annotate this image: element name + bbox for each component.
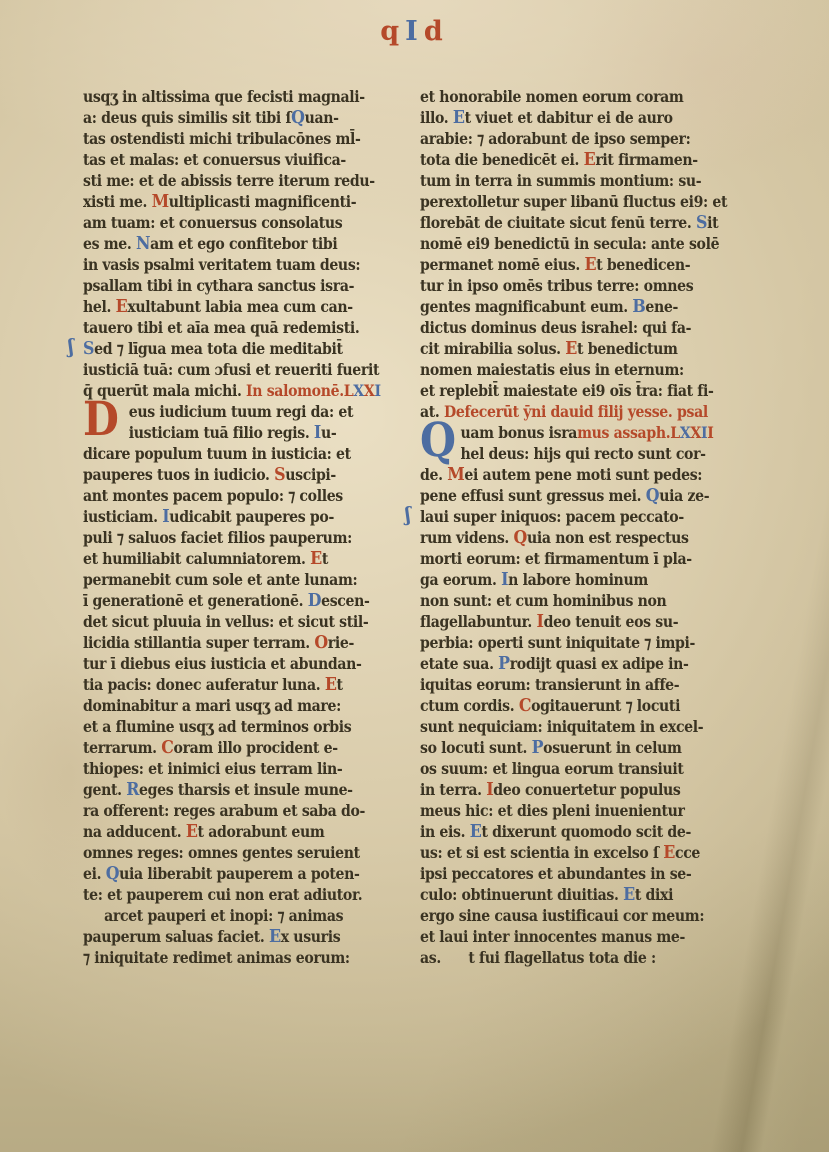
body-text: u-	[321, 423, 336, 442]
text-line: ī generationē et generationē. Descen-	[83, 590, 366, 611]
text-line: omnes reges: omnes gentes seruient	[83, 842, 366, 863]
body-text: a: deus quis similis sit tibi ſ	[83, 108, 291, 127]
body-text: os suum: et lingua eorum transiuit	[420, 759, 684, 778]
body-text: gentes magnificabunt eum.	[420, 297, 632, 316]
body-text: iquitas eorum: transierunt in affe-	[420, 675, 679, 694]
body-text: X	[680, 423, 691, 442]
lombard-initial: S	[83, 338, 94, 359]
body-text: meus hic: et dies pleni inuenientur	[420, 801, 685, 820]
running-header-char: d	[424, 16, 449, 47]
body-text: uan-	[305, 108, 339, 127]
body-text: flagellabuntur.	[420, 612, 537, 631]
body-text: et honorabile nomen eorum coram	[420, 87, 683, 106]
text-line: arabie: ⁊ adorabunt de ipso semper:	[420, 128, 710, 149]
body-text: de.	[420, 465, 447, 484]
body-text: gent.	[83, 780, 126, 799]
text-line: ctum cordis. Cogitauerunt ⁊ locuti	[420, 695, 710, 716]
body-text: licidia stillantia super terram.	[83, 633, 314, 652]
lombard-initial: P	[532, 737, 544, 758]
lombard-initial: E	[565, 338, 577, 359]
text-line: et a flumine usqʒ ad terminos orbis	[83, 716, 366, 737]
body-text: non sunt: et cum hominibus non	[420, 591, 666, 610]
body-text: pauperum saluas faciet.	[83, 927, 269, 946]
rubric-text: mus assaph.	[577, 423, 670, 442]
text-line: tia pacis: donec auferatur luna. Et	[83, 674, 366, 695]
text-line: Quam bonus isramus assaph.LXXII	[420, 422, 710, 443]
body-text: ī generationē et generationē.	[83, 591, 308, 610]
text-line: pene effusi sunt gressus mei. Quia ze-	[420, 485, 710, 506]
body-text: usqʒ in altissima que fecisti magnali-	[83, 87, 365, 106]
body-text: uia non est respectus	[527, 528, 689, 547]
lombard-initial: P	[498, 653, 510, 674]
text-line: hel deus: hijs qui recto sunt cor-	[420, 443, 710, 464]
running-header-char: I	[405, 16, 424, 47]
body-text: ⁊ iniquitate redimet animas eorum:	[83, 948, 350, 967]
lombard-initial: I	[162, 506, 169, 527]
body-text: udicabit pauperes po-	[169, 507, 334, 526]
text-line: et honorabile nomen eorum coram	[420, 86, 710, 107]
text-line: usqʒ in altissima que fecisti magnali-	[83, 86, 366, 107]
lombard-initial: Q	[106, 863, 119, 884]
lombard-initial: E	[453, 107, 465, 128]
body-text: rodijt quasi ex adipe in-	[510, 654, 689, 673]
text-line: tur ī diebus eius iusticia et abundan-	[83, 653, 366, 674]
text-line: perextolletur super libanū fluctus ei9: …	[420, 191, 710, 212]
text-line: florebāt de ciuitate sicut fenū terre. S…	[420, 212, 710, 233]
text-line: thiopes: et inimici eius terram lin-	[83, 758, 366, 779]
body-text: tum in terra in summis montium: su-	[420, 171, 701, 190]
margin-flourish: ʃ	[68, 336, 73, 357]
text-line: tum in terra in summis montium: su-	[420, 170, 710, 191]
body-text: cit mirabilia solus.	[420, 339, 565, 358]
text-line: xisti me. Multiplicasti magnificenti-	[83, 191, 366, 212]
body-text: n labore hominum	[508, 570, 648, 589]
text-line: rum videns. Quia non est respectus	[420, 527, 710, 548]
text-line: gentes magnificabunt eum. Bene-	[420, 296, 710, 317]
body-text: so locuti sunt.	[420, 738, 532, 757]
body-text: perextolletur super libanū fluctus ei9: …	[420, 192, 727, 211]
text-line: laui super iniquos: pacem peccato-ʃ	[420, 506, 710, 527]
body-text: rit firmamen-	[595, 150, 697, 169]
body-text: us: et si est scientia in excelso ſ	[420, 843, 663, 862]
lombard-initial: E	[310, 548, 322, 569]
text-line: meus hic: et dies pleni inuenientur	[420, 800, 710, 821]
body-text: perbia: operti sunt iniquitate ⁊ impi-	[420, 633, 695, 652]
body-text: ei autem pene moti sunt pedes:	[464, 465, 702, 484]
body-text: t	[337, 675, 343, 694]
lombard-initial: M	[447, 464, 464, 485]
body-text: morti eorum: et firmamentum ī pla-	[420, 549, 692, 568]
body-text: tauero tibi et aīa mea quā redemisti.	[83, 318, 359, 337]
text-line: nomē ei9 benedictū in secula: ante solē	[420, 233, 710, 254]
text-line: at. Defecerūt ȳni dauid filij yesse. psa…	[420, 401, 710, 422]
body-text: ergo sine causa iustificaui cor meum:	[420, 906, 704, 925]
lombard-initial: S	[696, 212, 707, 233]
text-line: tota die benedicēt ei. Erit firmamen-	[420, 149, 710, 170]
body-text: na adducent.	[83, 822, 186, 841]
text-line: de. Mei autem pene moti sunt pedes:	[420, 464, 710, 485]
lombard-initial: D	[308, 590, 321, 611]
text-column-right: et honorabile nomen eorum coramillo. Et …	[420, 86, 750, 968]
body-text: as.	[420, 948, 445, 967]
body-text: t dixerunt quomodo scit de-	[481, 822, 691, 841]
text-line: ⁊ iniquitate redimet animas eorum:	[83, 947, 366, 968]
text-line: etate sua. Prodijt quasi ex adipe in-	[420, 653, 710, 674]
text-line: dominabitur a mari usqʒ ad mare:	[83, 695, 366, 716]
body-text: permanebit cum sole et ante lunam:	[83, 570, 357, 589]
body-text: tur ī diebus eius iusticia et abundan-	[83, 654, 362, 673]
body-text: tas ostendisti michi tribulacōnes ml̄-	[83, 129, 361, 148]
text-line: ei. Quia liberabit pauperem a poten-	[83, 863, 366, 884]
body-text: I	[707, 423, 713, 442]
running-header-char: q	[380, 16, 405, 47]
body-text: tas et malas: et conuersus viuifica-	[83, 150, 346, 169]
text-line: iusticiam tuā filio regis. Iu-	[83, 422, 366, 443]
text-line: sti me: et de abissis terre iterum redu-	[83, 170, 366, 191]
text-line: morti eorum: et firmamentum ī pla-	[420, 548, 710, 569]
body-text: t benedictum	[577, 339, 678, 358]
body-text: arcet pauperi et inopi: ⁊ animas	[104, 906, 343, 925]
text-line: perbia: operti sunt iniquitate ⁊ impi-	[420, 632, 710, 653]
text-line: illo. Et viuet et dabitur ei de auro	[420, 107, 710, 128]
text-line: licidia stillantia super terram. Orie-	[83, 632, 366, 653]
lombard-initial: O	[314, 632, 327, 653]
text-line: et laui inter innocentes manus me-	[420, 926, 710, 947]
body-text: uam bonus isra	[460, 423, 577, 442]
body-text: xultabunt labia mea cum can-	[127, 297, 352, 316]
text-line: puli ⁊ saluos faciet filios pauperum:	[83, 527, 366, 548]
body-text: in eis.	[420, 822, 470, 841]
body-text: puli ⁊ saluos faciet filios pauperum:	[83, 528, 352, 547]
text-line: in terra. Ideo conuertetur populus	[420, 779, 710, 800]
text-line: Sed ⁊ līgua mea tota die meditabit̄ʃ	[83, 338, 366, 359]
body-text: et replebit̄ maiestate ei9 oīs t̄ra: fia…	[420, 381, 714, 400]
body-text: etate sua.	[420, 654, 498, 673]
lombard-initial: C	[161, 737, 173, 758]
running-header: qId	[0, 16, 829, 47]
text-line: ant montes pacem populo: ⁊ colles	[83, 485, 366, 506]
body-text: ra offerent: reges arabum et saba do-	[83, 801, 365, 820]
body-text: et a flumine usqʒ ad terminos orbis	[83, 717, 351, 736]
text-line: hel. Exultabunt labia mea cum can-	[83, 296, 366, 317]
lombard-initial: E	[269, 926, 281, 947]
text-line: es me. Nam et ego confitebor tibi	[83, 233, 366, 254]
body-text: t adorabunt eum	[198, 822, 325, 841]
body-text: dominabitur a mari usqʒ ad mare:	[83, 696, 341, 715]
body-text: in vasis psalmi veritatem tuam deus:	[83, 255, 360, 274]
body-text: am et ego confitebor tibi	[150, 234, 337, 253]
text-line: permanet nomē eius. Et benedicen-	[420, 254, 710, 275]
lombard-initial: B	[632, 296, 645, 317]
lombard-initial: N	[136, 233, 150, 254]
lombard-initial: E	[470, 821, 482, 842]
text-line: et humiliabit calumniatorem. Et	[83, 548, 366, 569]
text-line: psallam tibi in cythara sanctus isra-	[83, 275, 366, 296]
lombard-initial: E	[584, 254, 596, 275]
body-text: ene-	[645, 297, 678, 316]
body-text: culo: obtinuerunt diuitias.	[420, 885, 623, 904]
body-text: thiopes: et inimici eius terram lin-	[83, 759, 342, 778]
lombard-initial: E	[663, 842, 675, 863]
body-text: ei.	[83, 864, 106, 883]
body-text: ant montes pacem populo: ⁊ colles	[83, 486, 343, 505]
body-text: tota die benedicēt ei.	[420, 150, 584, 169]
body-text: permanet nomē eius.	[420, 255, 584, 274]
body-text: ipsi peccatores et abundantes in se-	[420, 864, 691, 883]
text-line: culo: obtinuerunt diuitias. Et dixi	[420, 884, 710, 905]
text-line: pauperum saluas faciet. Ex usuris	[83, 926, 366, 947]
body-text: I	[374, 381, 380, 400]
body-text: dicare populum tuum in iusticia: et	[83, 444, 351, 463]
body-text: escen-	[321, 591, 369, 610]
body-text: sunt nequiciam: iniquitatem in excel-	[420, 717, 703, 736]
text-line: te: et pauperem cui non erat adiutor.	[83, 884, 366, 905]
body-text: nomē ei9 benedictū in secula: ante solē	[420, 234, 719, 253]
body-text: L	[670, 423, 680, 442]
text-line: iusticiam. Iudicabit pauperes po-	[83, 506, 366, 527]
body-text: florebāt de ciuitate sicut fenū terre.	[420, 213, 696, 232]
rubric-text: Defecerūt ȳni dauid filij yesse. psal	[444, 402, 708, 421]
lombard-initial: S	[274, 464, 285, 485]
body-text: eges tharsis et insule mune-	[139, 780, 353, 799]
text-line: arcet pauperi et inopi: ⁊ animas	[83, 905, 366, 926]
body-text: det sicut pluuia in vellus: et sicut sti…	[83, 612, 368, 631]
lombard-initial: C	[519, 695, 531, 716]
body-text: pauperes tuos in iudicio.	[83, 465, 274, 484]
body-text: t benedicen-	[596, 255, 690, 274]
text-line: et replebit̄ maiestate ei9 oīs t̄ra: fia…	[420, 380, 710, 401]
body-text: te: et pauperem cui non erat adiutor.	[83, 885, 362, 904]
body-text: arabie: ⁊ adorabunt de ipso semper:	[420, 129, 690, 148]
body-text: hel deus: hijs qui recto sunt cor-	[460, 444, 705, 463]
body-text: ga eorum.	[420, 570, 501, 589]
body-text: et laui inter innocentes manus me-	[420, 927, 685, 946]
body-text: tia pacis: donec auferatur luna.	[83, 675, 325, 694]
text-line: as. t fui flagellatus tota die :	[420, 947, 710, 968]
text-line: det sicut pluuia in vellus: et sicut sti…	[83, 611, 366, 632]
text-line: dictus dominus deus israhel: qui fa-	[420, 317, 710, 338]
text-line: a: deus quis similis sit tibi ſQuan-	[83, 107, 366, 128]
body-text: L	[344, 381, 354, 400]
text-line: Deus iudicium tuum regi da: et	[83, 401, 366, 422]
text-line: q̄ querūt mala michi. In salomonē.LXXI	[83, 380, 366, 401]
margin-flourish: ʃ	[405, 504, 410, 525]
body-text: t	[322, 549, 328, 568]
lombard-initial: Q	[514, 527, 527, 548]
body-text: x usuris	[281, 927, 341, 946]
text-line: ipsi peccatores et abundantes in se-	[420, 863, 710, 884]
body-text: in terra.	[420, 780, 486, 799]
text-line: na adducent. Et adorabunt eum	[83, 821, 366, 842]
body-text: sti me: et de abissis terre iterum redu-	[83, 171, 375, 190]
text-line: ra offerent: reges arabum et saba do-	[83, 800, 366, 821]
text-line: iquitas eorum: transierunt in affe-	[420, 674, 710, 695]
text-line: tauero tibi et aīa mea quā redemisti.	[83, 317, 366, 338]
text-line: terrarum. Coram illo procident e-	[83, 737, 366, 758]
text-line: us: et si est scientia in excelso ſ Ecce	[420, 842, 710, 863]
body-text: xisti me.	[83, 192, 152, 211]
text-line: tas et malas: et conuersus viuifica-	[83, 149, 366, 170]
text-line: tas ostendisti michi tribulacōnes ml̄-	[83, 128, 366, 149]
text-line: cit mirabilia solus. Et benedictum	[420, 338, 710, 359]
lombard-initial: E	[584, 149, 596, 170]
body-text: uscipi-	[285, 465, 336, 484]
text-line: tur in ipso omēs tribus terre: omnes	[420, 275, 710, 296]
body-text: laui super iniquos: pacem peccato-	[420, 507, 684, 526]
lombard-initial: Q	[291, 107, 304, 128]
body-text: dictus dominus deus israhel: qui fa-	[420, 318, 691, 337]
body-text: t fui flagellatus tota die :	[468, 948, 655, 967]
body-text: ed ⁊ līgua mea tota die meditabit̄	[94, 339, 343, 358]
body-text: rie-	[328, 633, 354, 652]
body-text: X	[364, 381, 375, 400]
body-text: osuerunt in celum	[543, 738, 681, 757]
body-text: hel.	[83, 297, 116, 316]
text-line: in eis. Et dixerunt quomodo scit de-	[420, 821, 710, 842]
text-line: iusticiā tuā: cum ɔfusi et reueriti fuer…	[83, 359, 366, 380]
text-line: non sunt: et cum hominibus non	[420, 590, 710, 611]
body-text: t viuet et dabitur ei de auro	[465, 108, 673, 127]
body-text: tur in ipso omēs tribus terre: omnes	[420, 276, 693, 295]
manuscript-page: qId usqʒ in altissima que fecisti magnal…	[0, 0, 829, 1152]
lombard-initial: Q	[646, 485, 659, 506]
body-text: deo conuertetur populus	[493, 780, 680, 799]
body-text: ogitauerunt ⁊ locuti	[531, 696, 680, 715]
text-line: so locuti sunt. Posuerunt in celum	[420, 737, 710, 758]
text-column-left: usqʒ in altissima que fecisti magnali-a:…	[83, 86, 405, 968]
body-text: et humiliabit calumniatorem.	[83, 549, 310, 568]
body-text: am tuam: et conuersus consolatus	[83, 213, 342, 232]
body-text: X	[353, 381, 364, 400]
body-text: psallam tibi in cythara sanctus isra-	[83, 276, 354, 295]
text-line: gent. Reges tharsis et insule mune-	[83, 779, 366, 800]
body-text: iusticiam.	[83, 507, 162, 526]
body-text: terrarum.	[83, 738, 161, 757]
body-text: uia ze-	[659, 486, 709, 505]
rubric-text: In salomonē.	[246, 381, 344, 400]
lombard-initial: E	[116, 296, 128, 317]
text-line: ergo sine causa iustificaui cor meum:	[420, 905, 710, 926]
body-text: ultiplicasti magnificenti-	[169, 192, 357, 211]
body-text: ctum cordis.	[420, 696, 519, 715]
text-line: nomen maiestatis eius in eternum:	[420, 359, 710, 380]
text-line: permanebit cum sole et ante lunam:	[83, 569, 366, 590]
body-text: uia liberabit pauperem a poten-	[119, 864, 359, 883]
body-text: t dixi	[635, 885, 673, 904]
body-text: eus iudicium tuum regi da: et	[129, 402, 353, 421]
text-line: flagellabuntur. Ideo tenuit eos su-	[420, 611, 710, 632]
body-text: omnes reges: omnes gentes seruient	[83, 843, 360, 862]
body-text: deo tenuit eos su-	[544, 612, 679, 631]
text-line: os suum: et lingua eorum transiuit	[420, 758, 710, 779]
text-line: am tuam: et conuersus consolatus	[83, 212, 366, 233]
lombard-initial: E	[186, 821, 198, 842]
body-text: pene effusi sunt gressus mei.	[420, 486, 646, 505]
body-text: iusticiā tuā: cum ɔfusi et reueriti fuer…	[83, 360, 379, 379]
text-line: pauperes tuos in iudicio. Suscipi-	[83, 464, 366, 485]
body-text: cce	[675, 843, 700, 862]
body-text: oram illo procident e-	[174, 738, 338, 757]
text-line: ga eorum. In labore hominum	[420, 569, 710, 590]
text-line: dicare populum tuum in iusticia: et	[83, 443, 366, 464]
body-text: it	[707, 213, 718, 232]
lombard-initial: M	[152, 191, 169, 212]
body-text: nomen maiestatis eius in eternum:	[420, 360, 684, 379]
lombard-initial: R	[126, 779, 139, 800]
lombard-initial: E	[623, 884, 635, 905]
body-text: iusticiam tuā filio regis.	[129, 423, 314, 442]
text-line: sunt nequiciam: iniquitatem in excel-	[420, 716, 710, 737]
body-text: X	[690, 423, 701, 442]
body-text: illo.	[420, 108, 453, 127]
lombard-initial: E	[325, 674, 337, 695]
body-text: rum videns.	[420, 528, 514, 547]
body-text: es me.	[83, 234, 136, 253]
text-line: in vasis psalmi veritatem tuam deus:	[83, 254, 366, 275]
